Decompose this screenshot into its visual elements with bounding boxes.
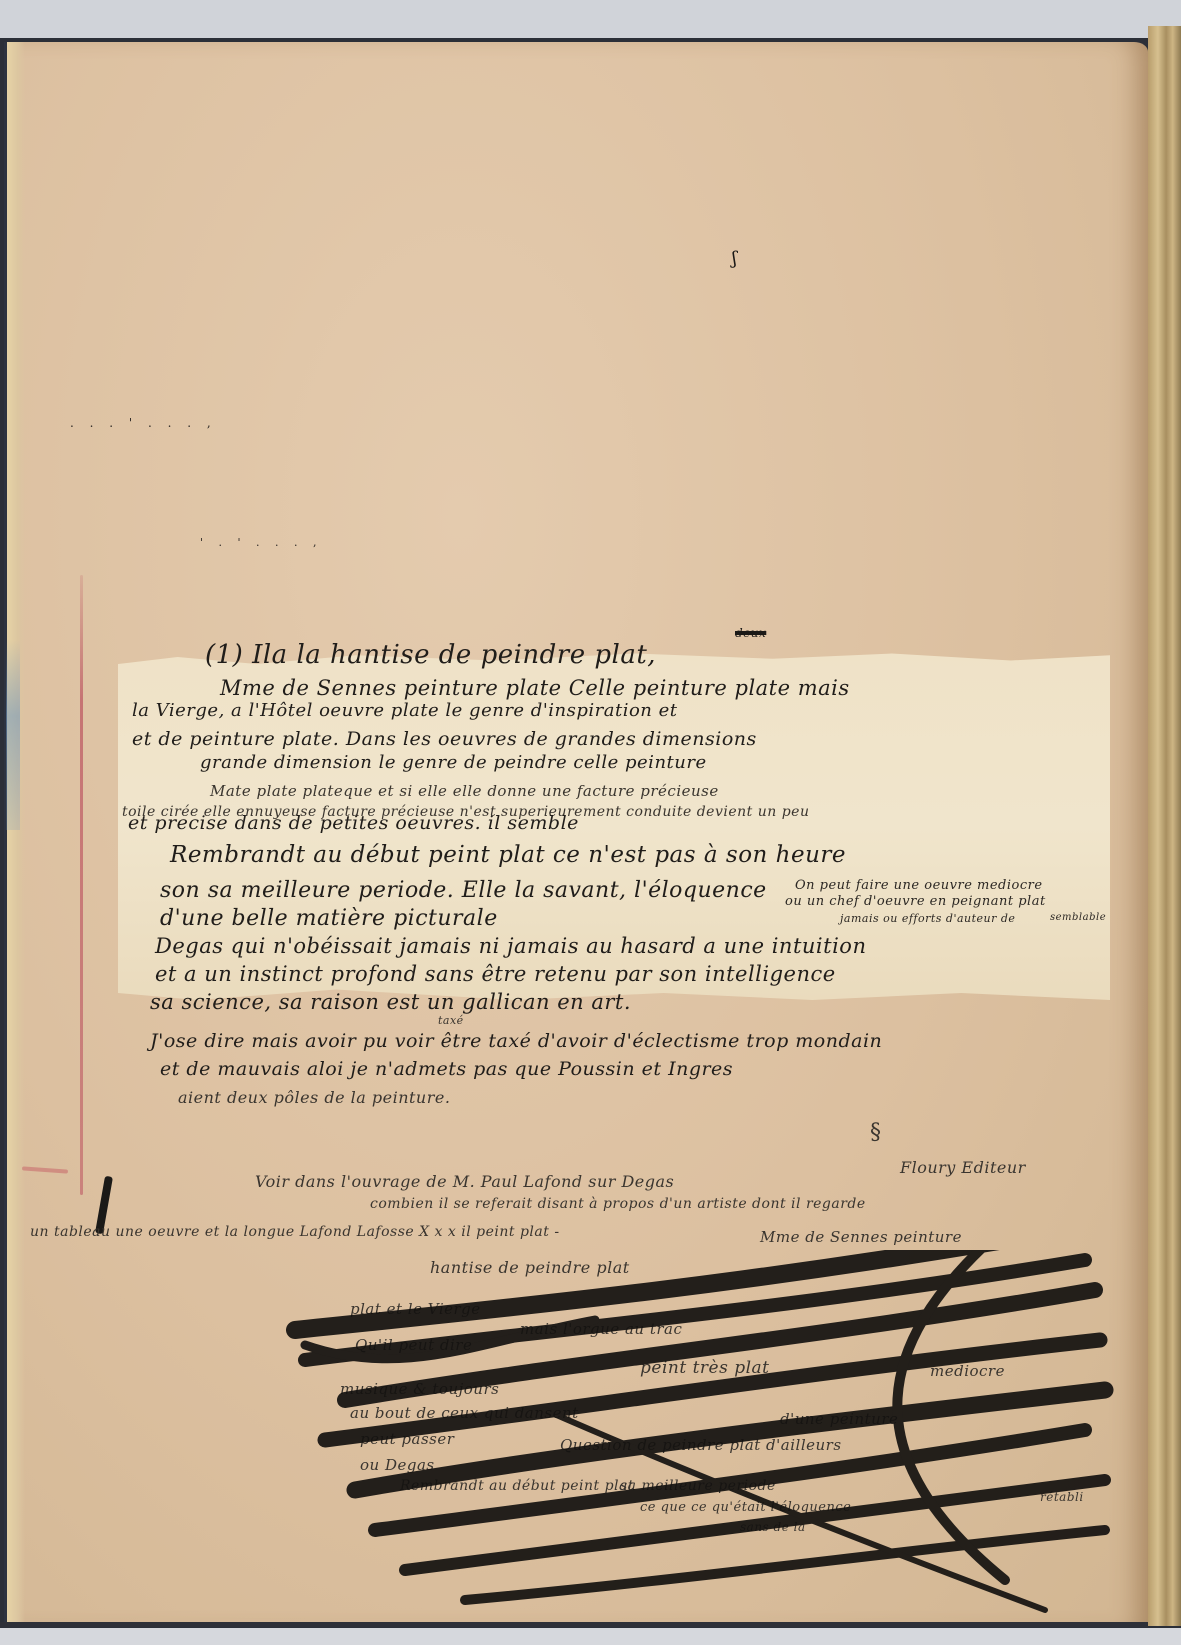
slip-line-13: et a un instinct profond sans être reten… [155, 962, 836, 986]
slip-line-12: Degas qui n'obéissait jamais ni jamais a… [155, 934, 866, 958]
slip-insert-1: On peut faire une oeuvre mediocre [795, 878, 1043, 893]
insert-taxe: taxé [438, 1014, 464, 1027]
note-line-publisher: Floury Editeur [900, 1158, 1026, 1177]
slip-insert-2: ou un chef d'oeuvre en peignant plat [785, 894, 1046, 909]
body-line-1: J'ose dire mais avoir pu voir être taxé … [150, 1030, 882, 1052]
crossed-fragment-2: Mme de Sennes peinture [760, 1228, 962, 1246]
slip-line-2: Mme de Sennes peinture plate Celle peint… [220, 676, 850, 700]
slip-line-14: sa science, sa raison est un gallican en… [150, 990, 631, 1014]
heavy-ink-cancellation [285, 1250, 1115, 1620]
slip-line-10: son sa meilleure periode. Elle la savant… [160, 878, 767, 903]
slip-line-11: d'une belle matière picturale [160, 906, 498, 931]
body-line-3: aient deux pôles de la peinture. [178, 1088, 450, 1107]
faint-marks-row-2: ' . ' . . . , [200, 536, 323, 549]
slip-insert-4: semblable [1050, 912, 1106, 923]
body-line-2: et de mauvais aloi je n'admets pas que P… [160, 1058, 733, 1080]
page-gutter [4, 42, 25, 1627]
stray-ink-mark: ʃ [732, 248, 737, 269]
slip-line-3: la Vierge, a l'Hôtel oeuvre plate le gen… [132, 700, 678, 721]
slip-insert-3: jamais ou efforts d'auteur de [840, 912, 1015, 925]
section-mark: § [870, 1120, 882, 1145]
slip-struck-top: deux [735, 626, 766, 640]
note-line-2: combien il se referait disant à propos d… [370, 1196, 866, 1212]
slip-line-5: grande dimension le genre de peindre cel… [200, 752, 707, 773]
blue-stain [6, 640, 20, 830]
album-bottom-edge [0, 1622, 1148, 1627]
slip-line-4: et de peinture plate. Dans les oeuvres d… [132, 728, 757, 750]
slip-line-1: (1) Ila la hantise de peindre plat, [205, 640, 656, 670]
red-pencil-margin-line [80, 575, 83, 1195]
faint-marks-row-1: . . . ' . . . , [70, 416, 217, 430]
ink-scribble-strokes [285, 1250, 1115, 1620]
page-stack-edge [1148, 26, 1181, 1626]
note-line-3: un tableau une oeuvre et la longue Lafon… [30, 1224, 560, 1240]
slip-line-6: Mate plate plateque et si elle elle donn… [210, 782, 719, 800]
note-line-1: Voir dans l'ouvrage de M. Paul Lafond su… [255, 1172, 674, 1191]
slip-line-9: Rembrandt au début peint plat ce n'est p… [170, 842, 846, 868]
slip-line-8: et precise dans de petites oeuvres. il s… [128, 812, 579, 834]
